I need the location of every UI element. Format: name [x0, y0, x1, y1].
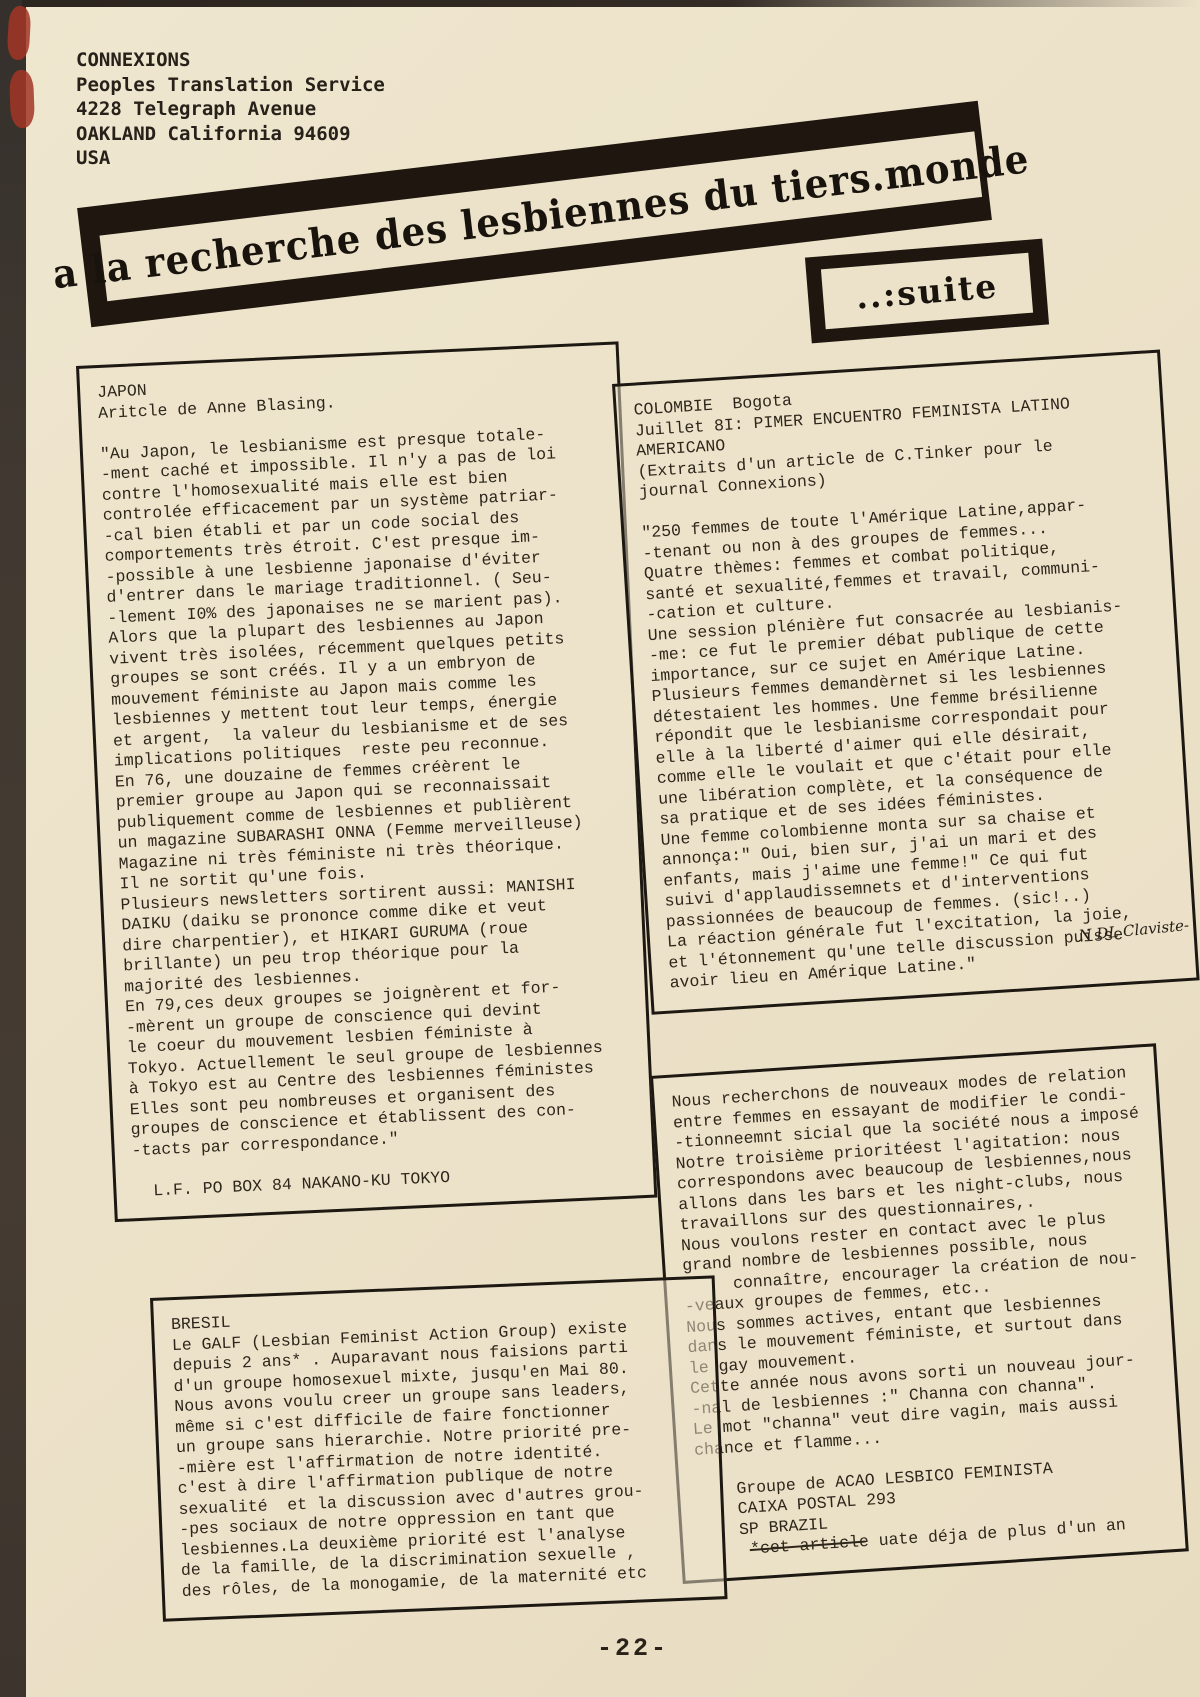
scan-edge-left: [0, 0, 26, 1697]
suite-label: ..:suite: [854, 266, 999, 316]
article-colombie-text: COLOMBIE Bogota Juillet 8I: PIMER ENCUEN…: [633, 369, 1181, 994]
group-note-text: Nous recherchons de nouveaux modes de re…: [671, 1062, 1170, 1563]
article-japon-text: JAPON Aritcle de Anne Blasing. "Au Japon…: [97, 360, 640, 1202]
red-ink-mark: [9, 70, 35, 129]
article-japon-box: JAPON Aritcle de Anne Blasing. "Au Japon…: [76, 341, 657, 1222]
article-bresil-box: BRESIL Le GALF (Lesbian Feminist Action …: [150, 1275, 728, 1621]
sender-address: CONNEXIONS Peoples Translation Service 4…: [76, 48, 385, 171]
group-note-box: Nous recherchons de nouveaux modes de re…: [650, 1043, 1189, 1583]
red-ink-mark: [7, 5, 32, 60]
page-number: -22-: [597, 1634, 669, 1663]
suite-box: ..:suite: [805, 239, 1049, 344]
suite-box-ribbon: ..:suite: [821, 253, 1033, 329]
scanned-page: CONNEXIONS Peoples Translation Service 4…: [0, 0, 1200, 1697]
scan-edge-top: [22, 0, 1200, 7]
article-colombie-box: COLOMBIE Bogota Juillet 8I: PIMER ENCUEN…: [612, 350, 1200, 1015]
article-bresil-text: BRESIL Le GALF (Lesbian Feminist Action …: [171, 1294, 710, 1602]
